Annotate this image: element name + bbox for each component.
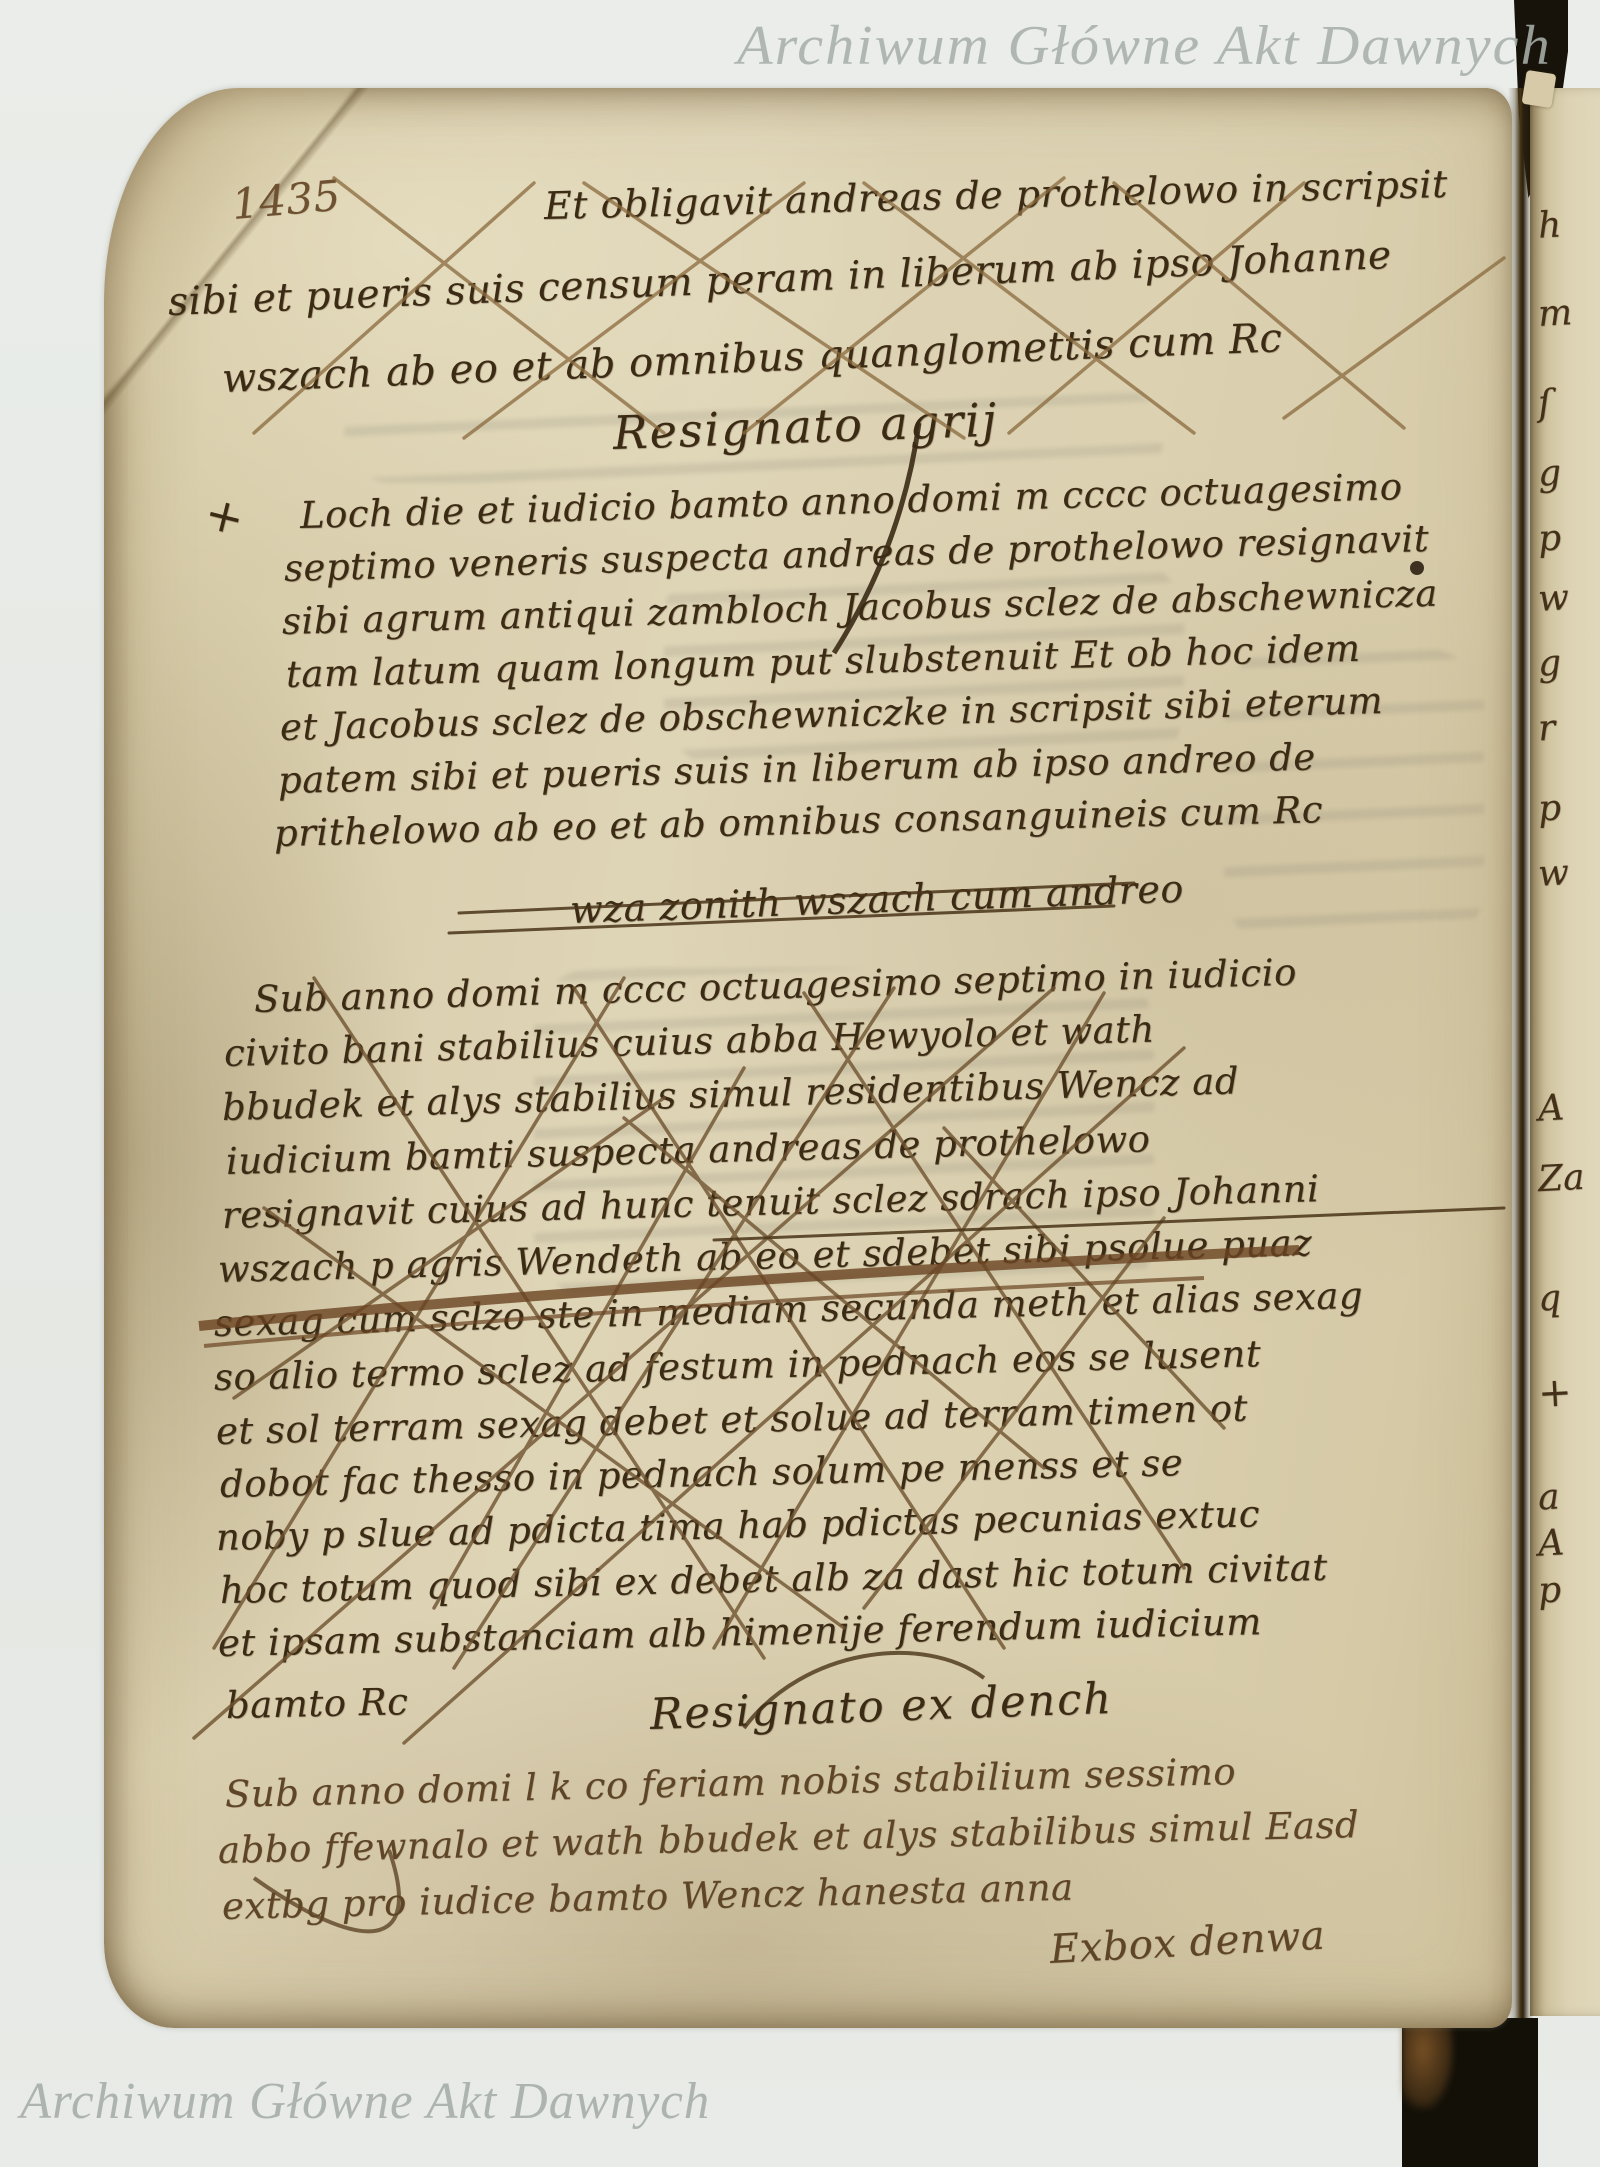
page-fragment-text: p: [1537, 1569, 1562, 1611]
section-heading-dench: Resignato ex dench: [649, 1674, 1114, 1740]
page-fragment-text: w: [1537, 577, 1570, 620]
paragraph-line: dobot fac thesso in pednach solum pe men…: [220, 1441, 1184, 1506]
page-fragment-text: Za: [1537, 1157, 1586, 1200]
struck-intro-line: Et obligavit andreas de prothelowo in sc…: [543, 162, 1448, 228]
page-fragment-text: g: [1537, 642, 1562, 684]
signature-line: Exbox denwa: [1049, 1913, 1326, 1973]
struck-intro-line: sibi et pueris suis censum peram in libe…: [167, 233, 1392, 325]
watermark-top: Archiwum Główne Akt Dawnych: [737, 14, 1552, 78]
side-margin-cross-mark: +: [1537, 1369, 1573, 1417]
page-fragment-text: a: [1537, 1476, 1561, 1518]
page-fragment-text: w: [1537, 852, 1570, 895]
page-fragment-text: r: [1537, 708, 1556, 750]
page-fragment-text: A: [1537, 1522, 1565, 1564]
page-fragment-text: A: [1537, 1087, 1565, 1129]
section-heading-agri: Resignato agrij: [612, 393, 999, 460]
struck-heading: wza zonith wszach cum andreo: [569, 867, 1184, 932]
closing-line: bamto Rc: [226, 1680, 409, 1727]
struck-intro-line: wszach ab eo et ab omnibus quanglomettis…: [221, 315, 1283, 402]
page-fragment-text: p: [1537, 787, 1562, 829]
manuscript-page: 1435 Et obligavit andreas de prothelowo …: [104, 88, 1512, 2028]
page-fragment-text: p: [1537, 517, 1562, 559]
paragraph-line: abbo ffewnalo et wath bbudek et alys sta…: [218, 1803, 1360, 1872]
page-fragment-text: q: [1537, 1277, 1562, 1319]
facing-page-edge: h m ſ g p w g r p w A Za q + a A p: [1530, 88, 1600, 2016]
margin-cross-mark: +: [199, 485, 250, 547]
paragraph-line: Sub anno domi l k co feriam nobis stabil…: [225, 1750, 1237, 1816]
page-fragment-text: g: [1537, 452, 1562, 494]
watermark-bottom: Archiwum Główne Akt Dawnych: [20, 2072, 710, 2131]
year-annotation: 1435: [230, 171, 343, 229]
archive-scan-background: h m ſ g p w g r p w A Za q + a A p 1435 …: [0, 0, 1600, 2167]
page-fragment-text: ſ: [1537, 383, 1552, 425]
page-fragment-text: h: [1537, 204, 1562, 246]
page-fragment-text: m: [1537, 292, 1573, 335]
paragraph-line: et ipsam substanciam alb himenije ferend…: [218, 1600, 1263, 1665]
ink-smudge: [1402, 2018, 1454, 2110]
paragraph-line: extbg pro iudice bamto Wencz hanesta ann…: [222, 1866, 1075, 1928]
paragraph-line: iudicium bamti suspecta andreas de proth…: [225, 1117, 1150, 1183]
